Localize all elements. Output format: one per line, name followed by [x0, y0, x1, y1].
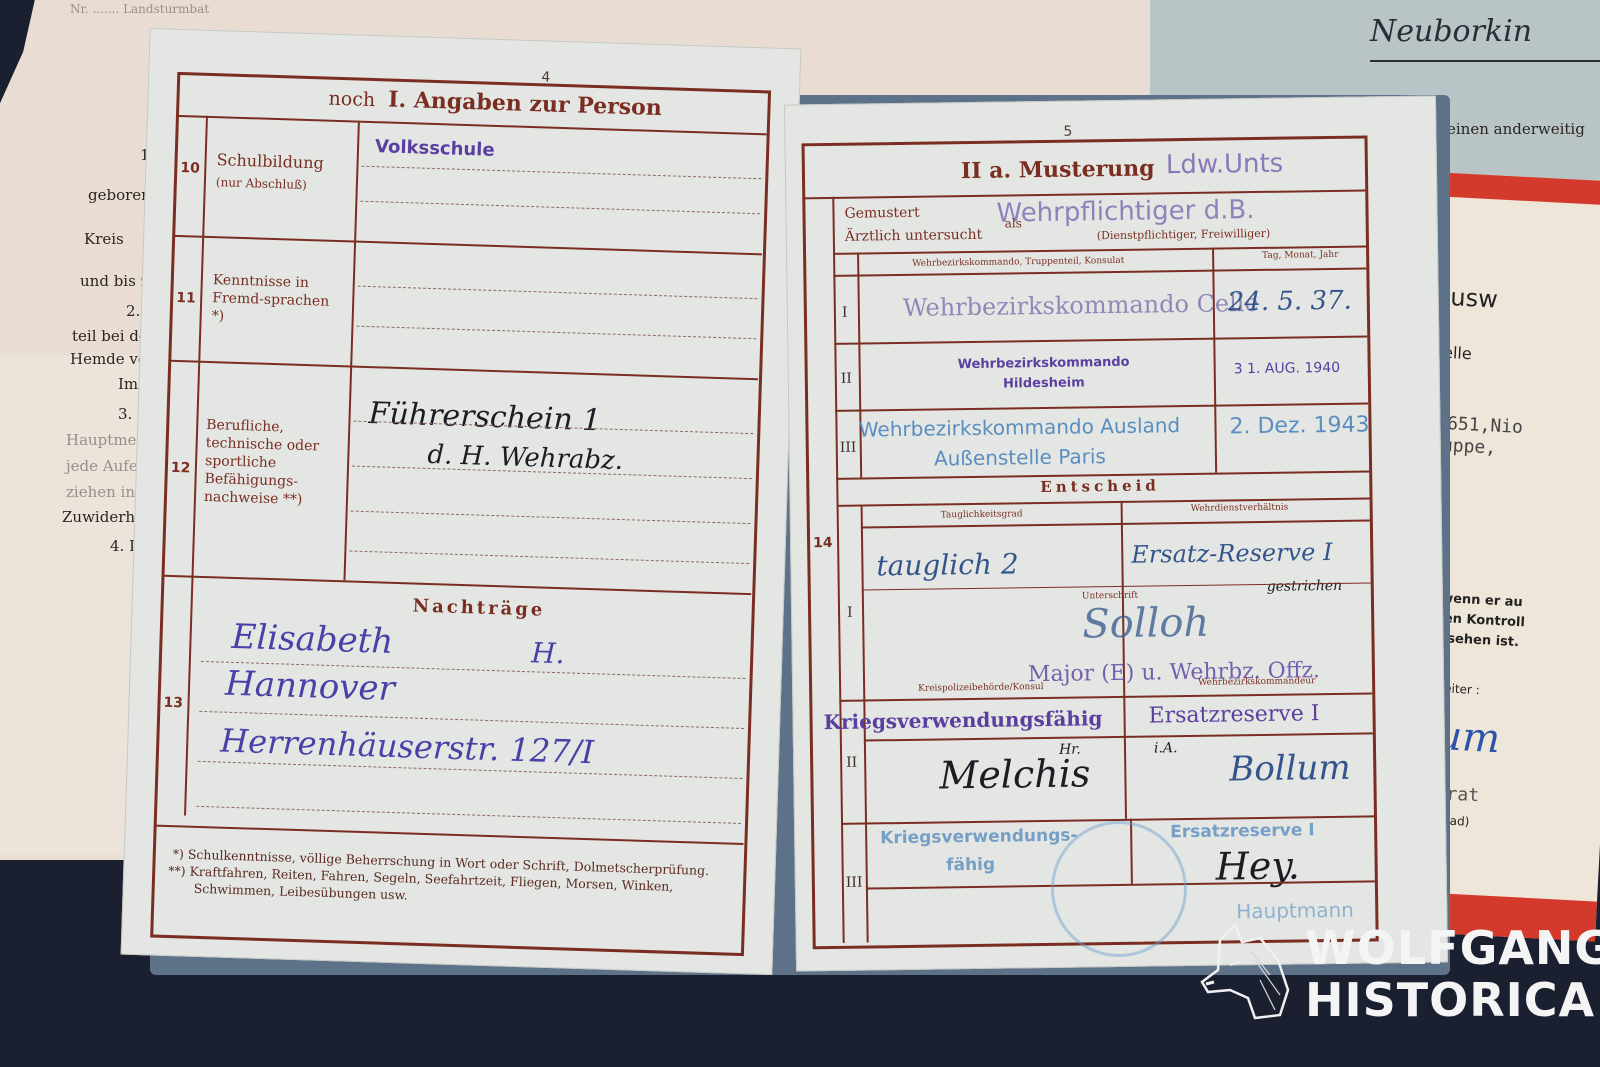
row-number: 11 — [176, 290, 196, 307]
unit-date: 3 1. AUG. 1940 — [1234, 360, 1341, 377]
wolf-head-icon — [1200, 920, 1295, 1020]
unit-date: 24. 5. 37. — [1228, 286, 1352, 318]
authority-right-label: Wehrbezirkskommandeur — [1198, 676, 1315, 688]
fitness-grade: tauglich 2 — [876, 547, 1019, 582]
row-number: 14 — [813, 535, 833, 551]
row-label: Berufliche, technische oder sportliche B… — [204, 416, 345, 510]
roman-numeral: III — [846, 875, 863, 891]
col-header-date: Tag, Monat, Jahr — [1262, 250, 1338, 261]
row-label: Kenntnisse in Fremd-sprachen *) — [211, 271, 343, 329]
roman-numeral: II — [846, 755, 857, 771]
row-sublabel: (nur Abschluß) — [216, 173, 307, 194]
bg-underline — [1370, 60, 1600, 62]
watermark-line-2: HISTORICA — [1305, 977, 1595, 1023]
page-number: 5 — [1063, 124, 1072, 140]
booklet-page-right: 5 II a. Musterung Ldw.Unts Gemustert Ärz… — [784, 95, 1448, 971]
addenda-entry: H. — [531, 636, 565, 670]
addenda-header: Nachträge — [412, 596, 545, 621]
unit-stamp: Wehrbezirkskommando Ausland Außenstelle … — [854, 410, 1185, 475]
bg-line: Kreis — [84, 230, 124, 248]
as-stamp: Wehrpflichtiger d.B. — [996, 195, 1254, 229]
status-stamp: Ersatzreserve I — [1170, 820, 1315, 842]
status-stamp: Ersatzreserve I — [1148, 701, 1319, 728]
addenda-entry: Hannover — [225, 664, 396, 709]
signature: Bollum — [1229, 748, 1351, 790]
signature: Solloh — [1082, 600, 1210, 648]
row-label: Schulbildung — [216, 151, 324, 172]
bg-line: Zuwiderha — [62, 508, 144, 526]
header-prefix: noch — [328, 88, 375, 111]
col-header-status: Wehrdienstverhältnis — [1191, 503, 1289, 514]
section-header: II a. Musterung — [961, 155, 1155, 184]
as-hint: (Dienstpflichtiger, Freiwilliger) — [1097, 227, 1271, 242]
bg-handwriting: Neuborkin — [1370, 14, 1532, 49]
addenda-entry: Elisabeth — [231, 617, 394, 662]
booklet-page-left: 4 noch I. Angaben zur Person 10 Schulbil… — [121, 28, 802, 975]
fitness-stamp: Kriegsverwendungs- fähig — [880, 822, 1061, 881]
watermark-line-1: WOLFGANG — [1305, 925, 1600, 971]
roman-numeral: II — [841, 371, 852, 387]
row-number: 13 — [163, 695, 183, 712]
watermark-logo: WOLFGANG HISTORICA — [1200, 920, 1590, 1030]
unit-stamp: Wehrbezirkskommando Hildesheim — [948, 353, 1139, 396]
fitness-stamp: Kriegsverwendungsfähig — [823, 706, 1102, 734]
header-stamp: Ldw.Unts — [1166, 149, 1284, 181]
roman-numeral: I — [847, 605, 853, 621]
education-stamp: Volksschule — [375, 136, 495, 161]
row-number: 12 — [171, 460, 191, 477]
service-status: Ersatz-Reserve I — [1131, 538, 1333, 569]
examined-label: Ärztlich untersucht — [845, 226, 983, 246]
row-number: 10 — [180, 160, 200, 177]
authority-left-label: Kreispolizeibehörde/Konsul — [918, 682, 1044, 694]
col-header-fitness: Tauglichkeitsgrad — [941, 509, 1023, 520]
signature: Melchis — [939, 751, 1091, 797]
qualification-entry: Führerschein 1 — [368, 396, 602, 438]
unit-date: 2. Dez. 1943 — [1229, 412, 1369, 439]
unit-stamp: Wehrbezirkskommando Celle — [903, 289, 1259, 322]
mustered-label: Gemustert — [844, 204, 919, 223]
decision-header: Entscheid — [1040, 476, 1160, 496]
roman-numeral: I — [842, 305, 848, 321]
status-note: gestrichen — [1267, 578, 1343, 595]
signature-abbr: i.A. — [1154, 740, 1178, 756]
bg-top-line: Nr. ....... Landsturmbat — [70, 2, 209, 16]
